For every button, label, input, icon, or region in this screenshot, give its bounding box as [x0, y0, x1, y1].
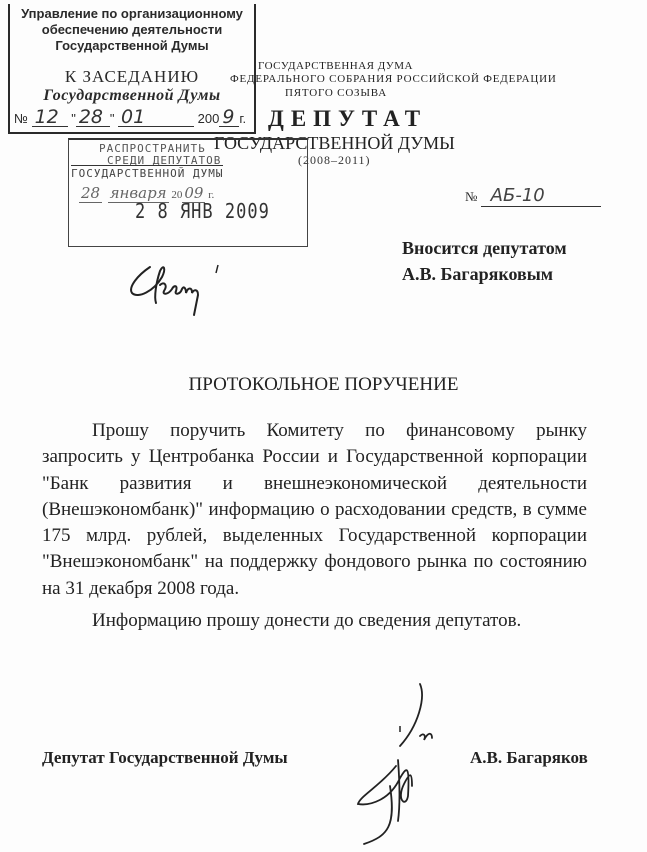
number-sign: №: [14, 111, 28, 126]
signature-position: Депутат Государственной Думы: [42, 748, 288, 768]
letterhead-line3: ПЯТОГО СОЗЫВА: [285, 87, 387, 99]
stamp-org-line: Управление по организационному: [10, 6, 254, 22]
number-sign: №: [465, 189, 477, 204]
resolution-signature-icon: [120, 255, 230, 325]
distribution-stamp: РАСПРОСТРАНИТЬ СРЕДИ ДЕПУТАТОВ ГОСУДАРСТ…: [68, 138, 308, 247]
handwritten-number: 12: [32, 108, 68, 127]
letterhead-term: (2008–2011): [298, 153, 371, 168]
stamp-number-line: № 12 "28" 01 2009г.: [14, 108, 246, 127]
document-number-value: АБ-10: [481, 185, 601, 207]
introduced-by-line1: Вносится депутатом: [402, 235, 567, 261]
stamp-heading: К ЗАСЕДАНИЮ: [10, 67, 254, 87]
body-paragraph: Информацию прошу донести до сведения деп…: [42, 608, 587, 634]
distribution-line3: ГОСУДАРСТВЕННОЙ ДУМЫ: [71, 165, 223, 180]
signature-name: А.В. Багаряков: [470, 748, 588, 768]
introduced-by-line2: А.В. Багаряковым: [402, 261, 567, 287]
stamp-org-line: Государственной Думы: [10, 38, 254, 54]
letterhead-title: ДЕПУТАТ: [268, 106, 427, 132]
year-prefix: 200: [198, 111, 220, 126]
document-title: ПРОТОКОЛЬНОЕ ПОРУЧЕНИЕ: [0, 374, 647, 396]
letterhead-line2: ФЕДЕРАЛЬНОГО СОБРАНИЯ РОССИЙСКОЙ ФЕДЕРАЦ…: [230, 73, 557, 85]
stamp-subheading: Государственной Думы: [10, 87, 254, 105]
letterhead-line1: ГОСУДАРСТВЕННАЯ ДУМА: [258, 60, 413, 72]
meeting-stamp: Управление по организационному обеспечен…: [8, 4, 256, 134]
handwritten-day: 28: [79, 184, 102, 203]
stamp-org-line: обеспечению деятельности: [10, 22, 254, 38]
document-body: Прошу поручить Комитету по финансовому р…: [42, 418, 587, 634]
handwritten-month: 01: [118, 108, 194, 127]
stamp-org: Управление по организационному обеспечен…: [10, 6, 254, 54]
author-signature-icon: [340, 676, 470, 846]
introduced-by: Вносится депутатом А.В. Багаряковым: [402, 235, 567, 287]
document-number: № АБ-10: [465, 185, 601, 207]
handwritten-day: 28: [76, 108, 110, 127]
body-paragraph: Прошу поручить Комитету по финансовому р…: [42, 418, 587, 602]
handwritten-year: 9: [219, 108, 239, 127]
year-suffix: г.: [239, 111, 246, 126]
date-stamp: 2 8 ЯНВ 2009: [135, 200, 270, 224]
